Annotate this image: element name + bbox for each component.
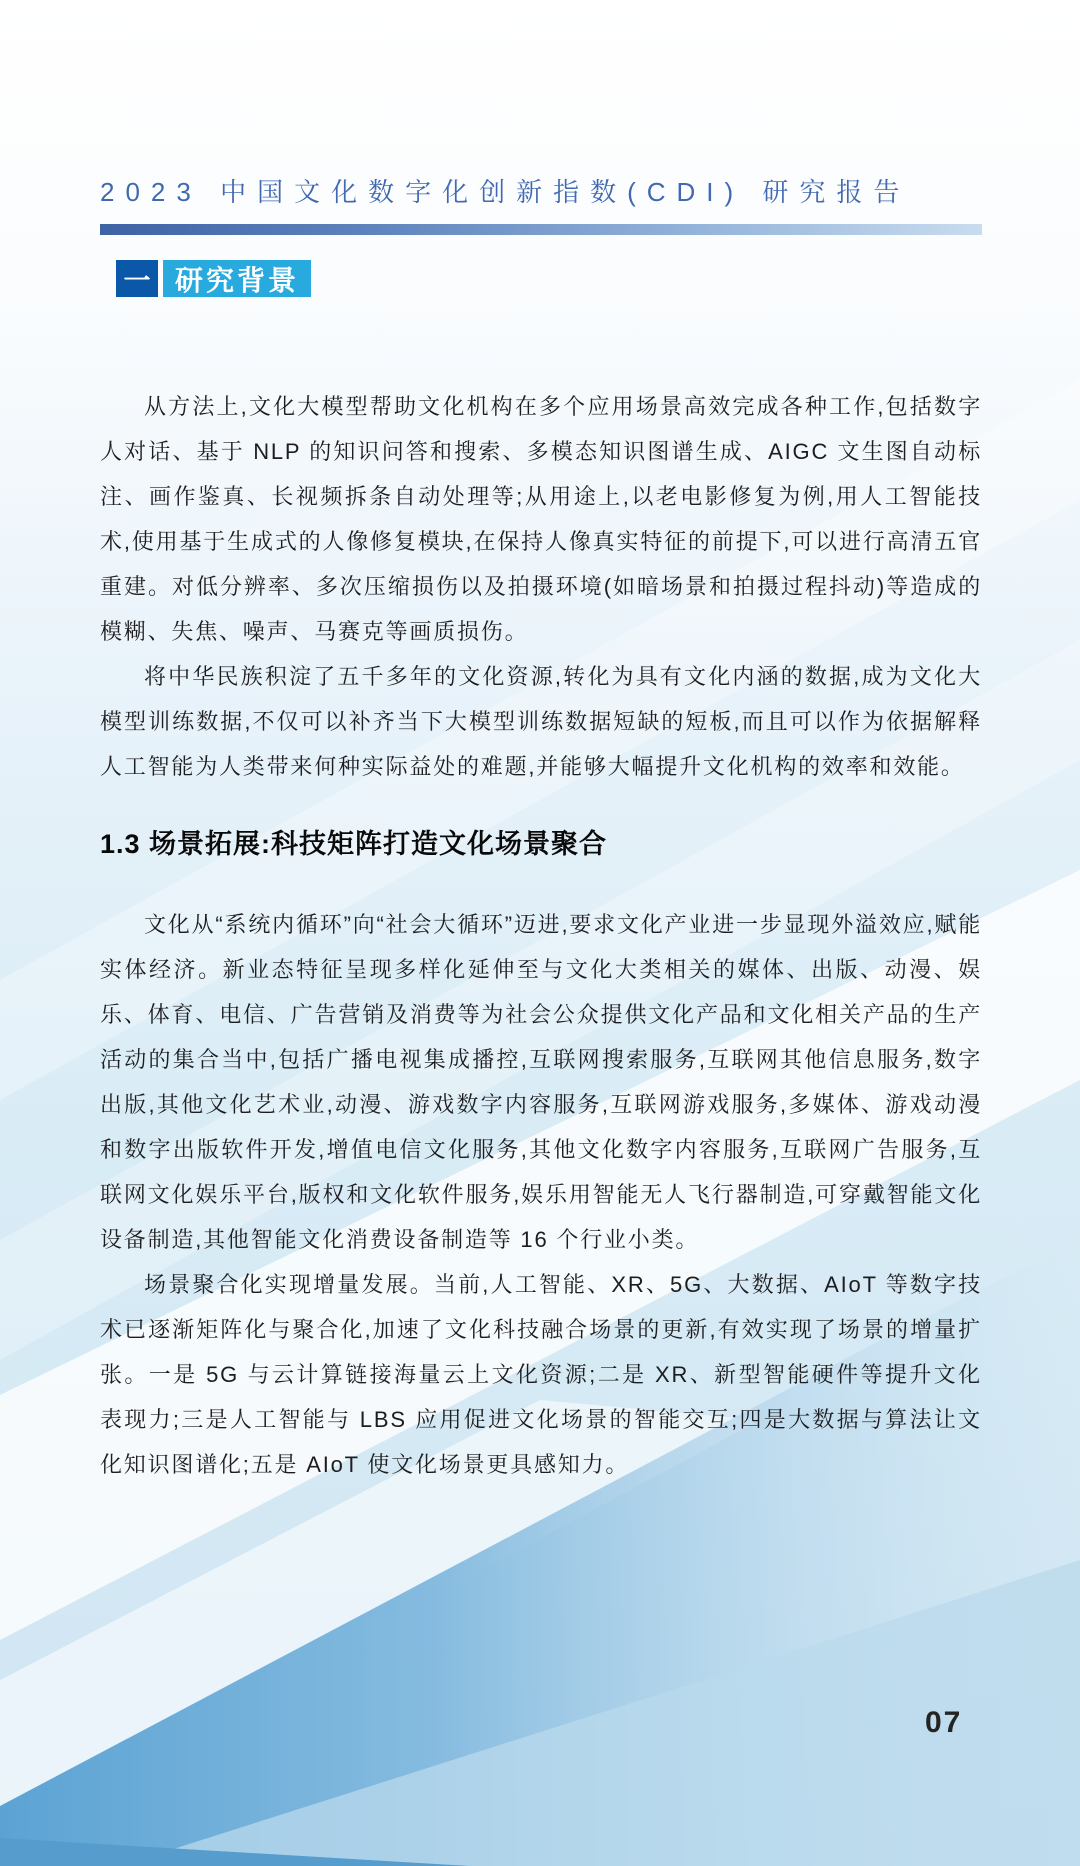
section-title: 研究背景	[163, 260, 311, 297]
paragraph-1: 从方法上,文化大模型帮助文化机构在多个应用场景高效完成各种工作,包括数字人对话、…	[100, 384, 982, 654]
header-divider-rule	[100, 224, 982, 235]
section-number: 一	[116, 260, 158, 297]
page-number: 07	[925, 1706, 962, 1740]
section-badge: 一 研究背景	[116, 260, 311, 297]
paragraph-4: 场景聚合化实现增量发展。当前,人工智能、XR、5G、大数据、AIoT 等数字技术…	[100, 1262, 982, 1487]
report-page: 2023 中国文化数字化创新指数(CDI) 研究报告 一 研究背景 从方法上,文…	[0, 0, 1080, 1866]
body-content: 从方法上,文化大模型帮助文化机构在多个应用场景高效完成各种工作,包括数字人对话、…	[100, 384, 982, 1487]
paragraph-2: 将中华民族积淀了五千多年的文化资源,转化为具有文化内涵的数据,成为文化大模型训练…	[100, 654, 982, 789]
subsection-heading: 1.3 场景拓展:科技矩阵打造文化场景聚合	[100, 826, 982, 862]
report-header-title: 2023 中国文化数字化创新指数(CDI) 研究报告	[100, 172, 910, 209]
paragraph-3: 文化从“系统内循环”向“社会大循环”迈进,要求文化产业进一步显现外溢效应,赋能实…	[100, 902, 982, 1262]
